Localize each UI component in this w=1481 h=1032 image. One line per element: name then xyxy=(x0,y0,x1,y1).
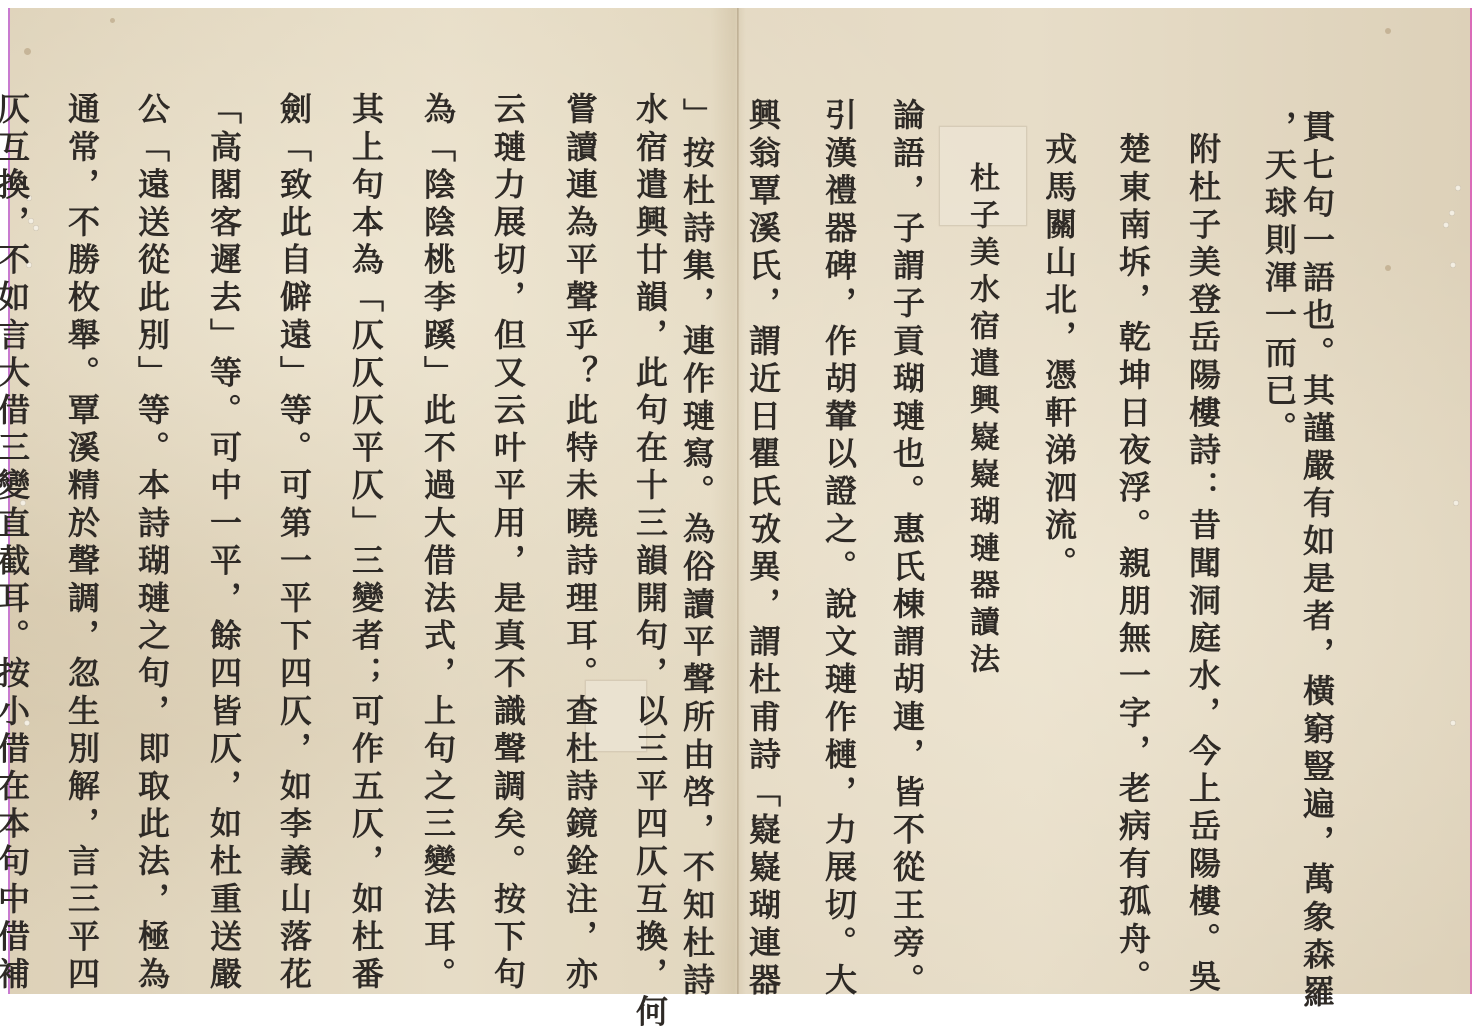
text-column: 公「遠送從此別」等。本詩瑚璉之句，即取此法，極為 xyxy=(132,92,172,994)
text-column: 楚東南坼，乾坤日夜浮。親朋無一字，老病有孤舟。 xyxy=(1113,132,1153,997)
text-column: 通常，不勝枚舉。覃溪精於聲調，忽生別解，言三平四 xyxy=(62,92,102,994)
text-column: 「高閣客遲去」等。可中一平，餘四皆仄，如杜重送嚴 xyxy=(204,92,244,994)
text-column: 附杜子美登岳陽樓詩：昔聞洞庭水，今上岳陽樓。吳 xyxy=(1183,132,1223,997)
text-column: 嘗讀連為平聲乎？此特未曉詩理耳。查杜詩鏡銓注，亦 xyxy=(560,92,600,994)
text-column: 興翁覃溪氏，謂近日瞿氏攷異，謂杜甫詩「嶷嶷瑚連器 xyxy=(743,98,783,1000)
left-page: 水宿遣興廿韻，此句在十三韻開句，以三平四仄互換，何 嘗讀連為平聲乎？此特未曉詩理… xyxy=(10,8,737,994)
text-column: 仄互換，不如言大借三變直截耳。按小借在本句中借補 xyxy=(0,92,32,994)
text-column: ，天球則渾一而已。 xyxy=(1259,110,1299,448)
text-column: 貫七句一語也。其謹嚴有如是者，橫窮豎遍，萬象森羅 xyxy=(1297,110,1337,1000)
text-column: 為「陰陰桃李蹊」此不過大借法式，上句之三變法耳。 xyxy=(418,92,458,994)
text-column: 劍「致此自僻遠」等。可第一平下四仄，如李義山落花 xyxy=(274,92,314,994)
text-column: 戎馬關山北，憑軒涕泗流。 xyxy=(1039,132,1079,583)
text-column: 」按杜詩集，連作璉寫。為俗讀平聲所由啓，不知杜詩 xyxy=(677,98,717,1000)
text-column: 水宿遣興廿韻，此句在十三韻開句，以三平四仄互換，何 xyxy=(630,92,670,1000)
text-column: 引漢禮器碑，作胡輦以證之。說文璉作槤，力展切。大 xyxy=(819,98,859,1000)
text-column: 云璉力展切，但又云叶平用，是真不識聲調矣。按下句 xyxy=(488,92,528,994)
section-heading: 杜子美水宿遣興嶷嶷瑚璉器讀法 xyxy=(961,162,1001,680)
text-column: 論語，子謂子貢瑚璉也。惠氏棟謂胡連，皆不從王旁。 xyxy=(887,98,927,1000)
right-page: 貫七句一語也。其謹嚴有如是者，橫窮豎遍，萬象森羅 ，天球則渾一而已。 附杜子美登… xyxy=(739,8,1470,994)
text-column: 其上句本為「仄仄仄平仄」三變者；可作五仄，如杜番 xyxy=(346,92,386,994)
